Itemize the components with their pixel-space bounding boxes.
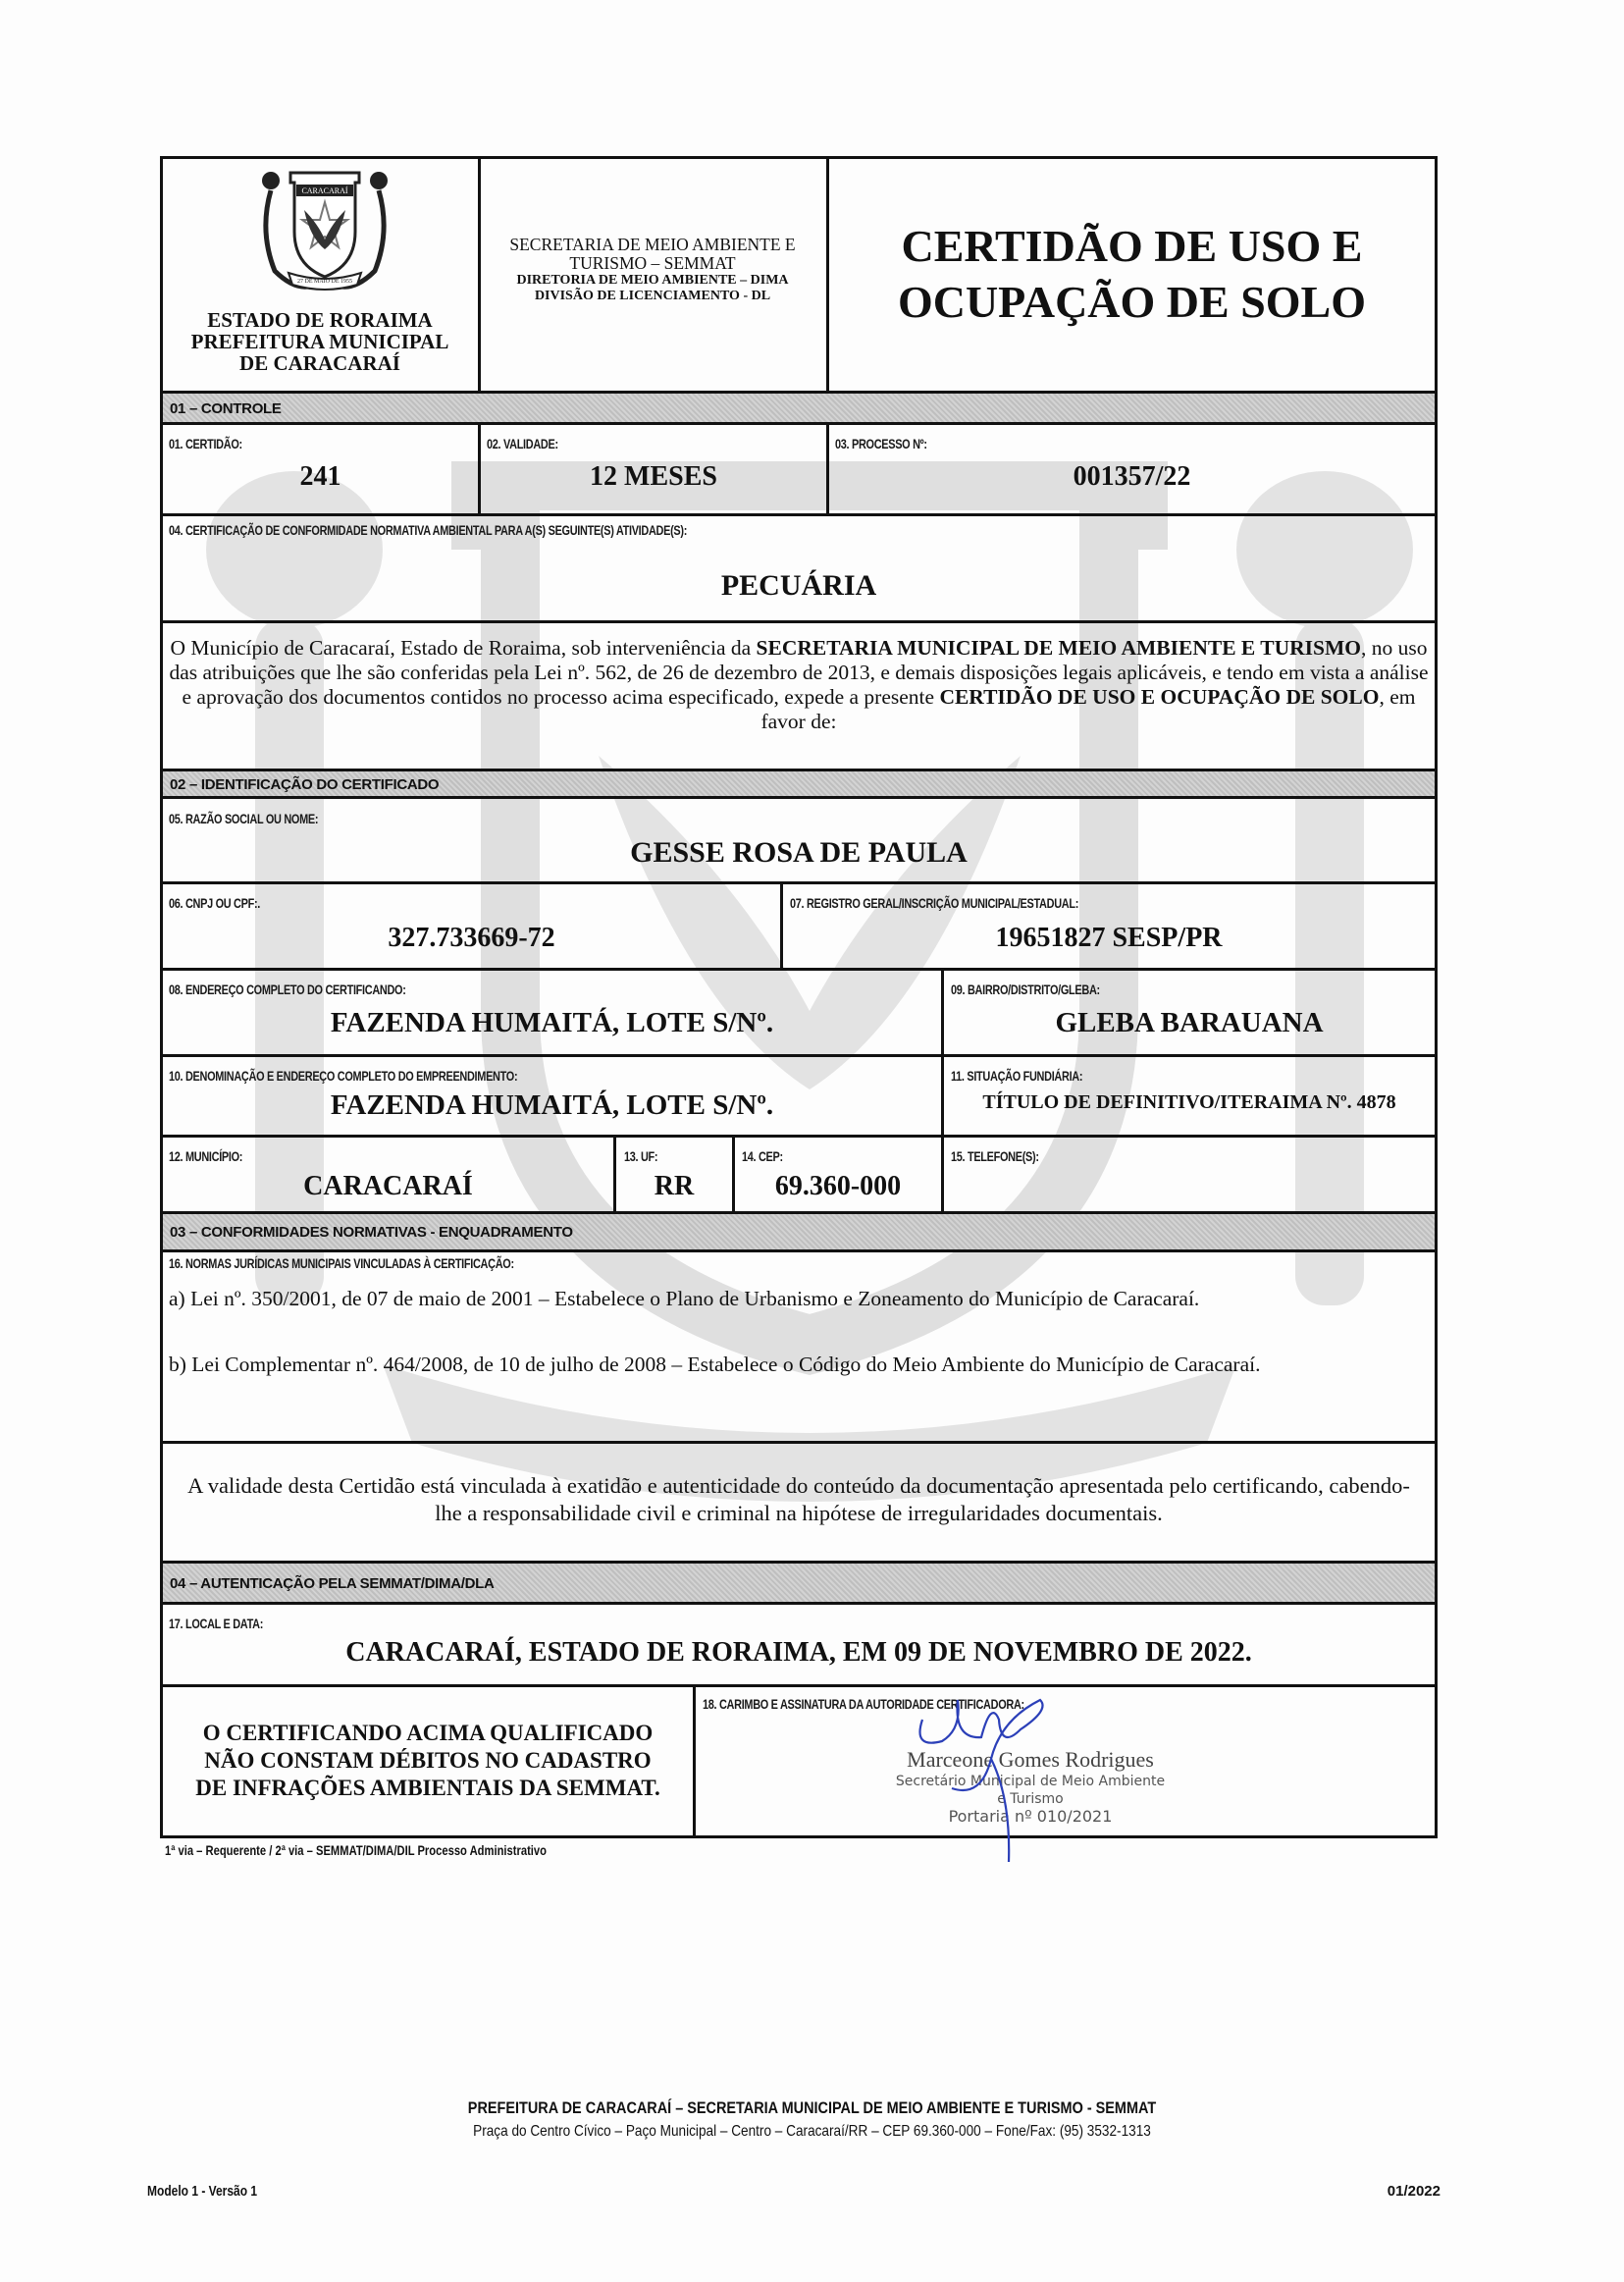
label-telefone: 15. TELEFONE(S): bbox=[951, 1148, 1039, 1164]
cpf-value: 327.733669-72 bbox=[163, 923, 780, 954]
label-cep: 14. CEP: bbox=[742, 1148, 783, 1164]
registro-value: 19651827 SESP/PR bbox=[783, 923, 1435, 954]
divider bbox=[941, 968, 944, 1213]
coat-of-arms-logo: CARACARAÍ 27 DE MAIO DE 1955 bbox=[253, 163, 396, 300]
footer-address: Praça do Centro Cívico – Paço Municipal … bbox=[122, 2123, 1502, 2141]
issuer-block: ESTADO DE RORAIMA PREFEITURA MUNICIPAL D… bbox=[163, 309, 477, 374]
validity-notice: A validade desta Certidão está vinculada… bbox=[186, 1472, 1411, 1527]
norm-item: a) Lei nº. 350/2001, de 07 de maio de 20… bbox=[169, 1286, 1429, 1311]
divider bbox=[160, 1602, 1438, 1605]
divider bbox=[160, 620, 1438, 623]
intro-doc-name: CERTIDÃO DE USO E OCUPAÇÃO DE SOLO bbox=[939, 685, 1379, 709]
footer-institution: PREFEITURA DE CARACARAÍ – SECRETARIA MUN… bbox=[122, 2098, 1502, 2118]
form-date-code: 01/2022 bbox=[1374, 2183, 1441, 2200]
directorate-line: DIRETORIA DE MEIO AMBIENTE – DIMA bbox=[481, 273, 824, 289]
empreendimento-value: FAZENDA HUMAITÁ, LOTE S/Nº. bbox=[163, 1089, 941, 1122]
label-endereco: 08. ENDEREÇO COMPLETO DO CERTIFICANDO: bbox=[169, 982, 406, 997]
svg-text:CARACARAÍ: CARACARAÍ bbox=[301, 186, 347, 195]
label-situacao-fundiaria: 11. SITUAÇÃO FUNDIÁRIA: bbox=[951, 1068, 1082, 1084]
bairro-value: GLEBA BARAUANA bbox=[944, 1007, 1435, 1039]
prefecture-name: PREFEITURA MUNICIPAL bbox=[163, 331, 477, 352]
signature bbox=[883, 1680, 1119, 1867]
divider bbox=[160, 1684, 1438, 1687]
section-header-autenticacao: 04 – AUTENTICAÇÃO PELA SEMMAT/DIMA/DLA bbox=[163, 1564, 1435, 1603]
label-empreendimento: 10. DENOMINAÇÃO E ENDEREÇO COMPLETO DO E… bbox=[169, 1068, 517, 1084]
document-title: CERTIDÃO DE USO E OCUPAÇÃO DE SOLO bbox=[829, 218, 1435, 330]
cep-value: 69.360-000 bbox=[735, 1171, 941, 1202]
divider bbox=[160, 513, 1438, 516]
local-data-value: CARACARAÍ, ESTADO DE RORAIMA, EM 09 DE N… bbox=[163, 1637, 1435, 1669]
label-processo: 03. PROCESSO Nº: bbox=[835, 436, 927, 451]
agency-line: TURISMO – SEMMAT bbox=[481, 254, 824, 273]
section-header-controle: 01 – CONTROLE bbox=[163, 394, 1435, 423]
municipio-value: CARACARAÍ bbox=[163, 1171, 613, 1202]
label-certidao: 01. CERTIDÃO: bbox=[169, 436, 242, 451]
divider bbox=[160, 1441, 1438, 1444]
label-municipio: 12. MUNICÍPIO: bbox=[169, 1148, 242, 1164]
state-name: ESTADO DE RORAIMA bbox=[163, 309, 477, 331]
intro-paragraph: O Município de Caracaraí, Estado de Rora… bbox=[169, 636, 1429, 734]
no-debts-line: DE INFRAÇÕES AMBIENTAIS DA SEMMAT. bbox=[163, 1775, 693, 1802]
section-header-identificacao: 02 – IDENTIFICAÇÃO DO CERTIFICADO bbox=[163, 771, 1435, 797]
divider bbox=[160, 881, 1438, 884]
label-bairro: 09. BAIRRO/DISTRITO/GLEBA: bbox=[951, 982, 1100, 997]
norm-item: b) Lei Complementar nº. 464/2008, de 10 … bbox=[169, 1352, 1429, 1377]
atividade-value: PECUÁRIA bbox=[163, 569, 1435, 603]
section-header-conformidades: 03 – CONFORMIDADES NORMATIVAS - ENQUADRA… bbox=[163, 1214, 1435, 1250]
divider bbox=[160, 1054, 1438, 1057]
agency-line: SECRETARIA DE MEIO AMBIENTE E bbox=[481, 236, 824, 254]
divider bbox=[160, 1249, 1438, 1252]
intro-agency: SECRETARIA MUNICIPAL DE MEIO AMBIENTE E … bbox=[757, 636, 1361, 660]
no-debts-line: NÃO CONSTAM DÉBITOS NO CADASTRO bbox=[163, 1747, 693, 1775]
processo-number: 001357/22 bbox=[829, 461, 1435, 493]
via-note: 1ª via – Requerente / 2ª via – SEMMAT/DI… bbox=[165, 1842, 547, 1858]
divider bbox=[160, 1135, 1438, 1138]
title-line: CERTIDÃO DE USO E bbox=[829, 218, 1435, 274]
label-registro: 07. REGISTRO GERAL/INSCRIÇÃO MUNICIPAL/E… bbox=[790, 895, 1078, 911]
agency-block: SECRETARIA DE MEIO AMBIENTE E TURISMO – … bbox=[481, 236, 824, 304]
title-line: OCUPAÇÃO DE SOLO bbox=[829, 274, 1435, 330]
razao-social-value: GESSE ROSA DE PAULA bbox=[163, 836, 1435, 870]
label-atividade: 04. CERTIFICAÇÃO DE CONFORMIDADE NORMATI… bbox=[169, 522, 687, 538]
no-debts-statement: O CERTIFICANDO ACIMA QUALIFICADO NÃO CON… bbox=[163, 1720, 693, 1802]
divider bbox=[160, 968, 1438, 971]
municipality-name: DE CARACARAÍ bbox=[163, 352, 477, 374]
label-validade: 02. VALIDADE: bbox=[487, 436, 558, 451]
model-version: Modelo 1 - Versão 1 bbox=[147, 2183, 257, 2200]
validade-value: 12 MESES bbox=[481, 461, 826, 493]
label-cpf: 06. CNPJ OU CPF:. bbox=[169, 895, 260, 911]
label-normas: 16. NORMAS JURÍDICAS MUNICIPAIS VINCULAD… bbox=[169, 1255, 514, 1271]
division-line: DIVISÃO DE LICENCIAMENTO - DL bbox=[481, 289, 824, 304]
label-razao-social: 05. RAZÃO SOCIAL OU NOME: bbox=[169, 811, 318, 826]
label-local-data: 17. LOCAL E DATA: bbox=[169, 1616, 263, 1631]
divider bbox=[160, 422, 1438, 425]
svg-text:27 DE MAIO DE 1955: 27 DE MAIO DE 1955 bbox=[297, 279, 352, 285]
divider bbox=[160, 796, 1438, 799]
certidao-number: 241 bbox=[163, 461, 478, 493]
intro-text: O Município de Caracaraí, Estado de Rora… bbox=[171, 636, 757, 660]
divider bbox=[693, 1684, 696, 1838]
endereco-value: FAZENDA HUMAITÁ, LOTE S/Nº. bbox=[163, 1007, 941, 1039]
uf-value: RR bbox=[616, 1171, 732, 1202]
no-debts-line: O CERTIFICANDO ACIMA QUALIFICADO bbox=[163, 1720, 693, 1747]
situacao-fundiaria-value: TÍTULO DE DEFINITIVO/ITERAIMA Nº. 4878 bbox=[944, 1091, 1435, 1114]
label-uf: 13. UF: bbox=[624, 1148, 657, 1164]
